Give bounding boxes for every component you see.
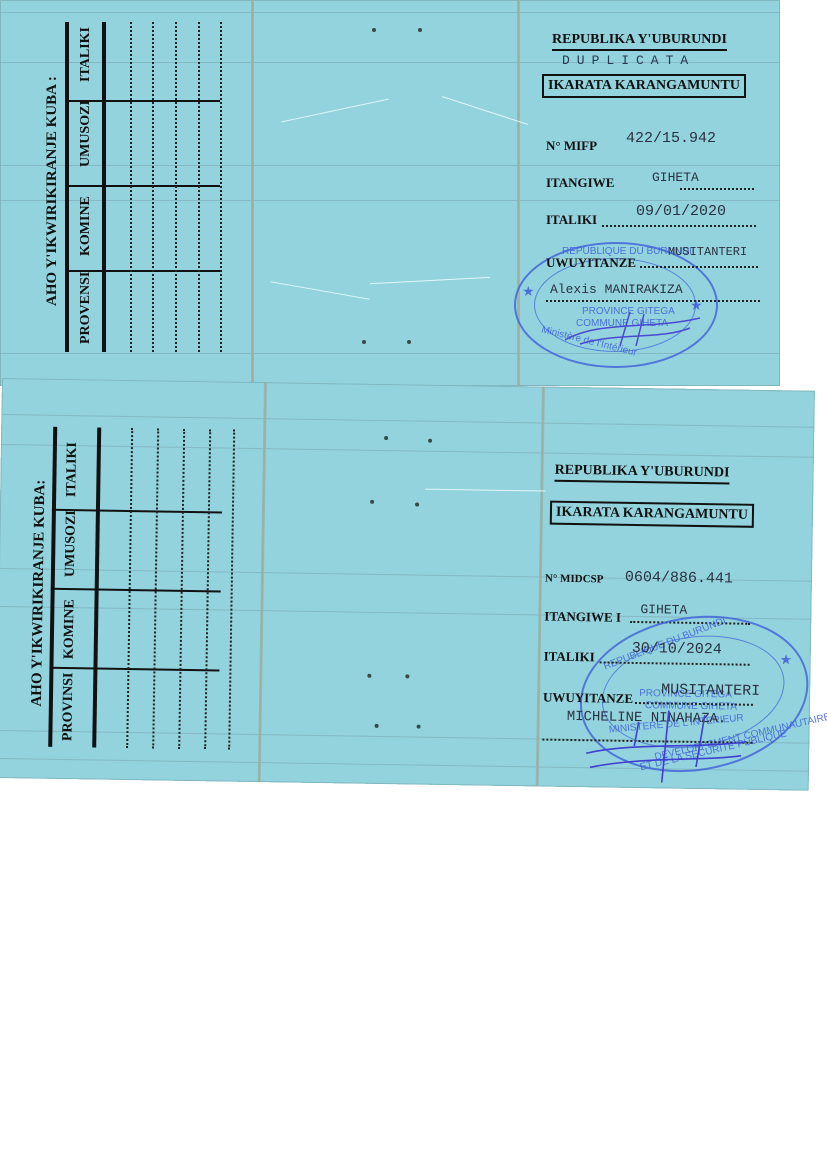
staple-hole bbox=[415, 503, 419, 507]
register-divider bbox=[65, 185, 220, 187]
crease bbox=[442, 96, 528, 125]
fill-line bbox=[640, 266, 758, 268]
register-col-date: ITALIKI bbox=[78, 27, 94, 82]
fill-line bbox=[546, 300, 760, 302]
identity-card-duplicate: AHO Y'IKWIRIKIRANJE KUBA : PROVENSI KOMI… bbox=[0, 0, 780, 386]
staple-hole bbox=[417, 725, 421, 729]
number-value: 0604/886.441 bbox=[625, 569, 733, 588]
staple-hole bbox=[428, 439, 432, 443]
identity-panel: REPUBLIKA Y'UBURUNDI IKARATA KARANGAMUNT… bbox=[538, 387, 814, 791]
residence-register: AHO Y'IKWIRIKIRANJE KUBA: PROVINSI KOMIN… bbox=[21, 746, 236, 1079]
crease bbox=[370, 277, 490, 284]
republic-heading: REPUBLIKA Y'UBURUNDI bbox=[554, 463, 729, 485]
identity-card: AHO Y'IKWIRIKIRANJE KUBA: PROVINSI KOMIN… bbox=[0, 378, 815, 791]
number-label: N° MIDCSP bbox=[545, 573, 604, 586]
staple-hole bbox=[367, 674, 371, 678]
issued-value: GIHETA bbox=[652, 170, 699, 185]
register-col-province: PROVENSI bbox=[78, 272, 94, 344]
register-entry-line bbox=[220, 22, 222, 352]
issued-label: ITANGIWE I bbox=[544, 609, 621, 626]
signature bbox=[576, 703, 757, 786]
issued-value: GIHETA bbox=[640, 602, 687, 618]
register-col-province: PROVINSI bbox=[60, 673, 77, 742]
staple-hole bbox=[384, 436, 388, 440]
register-divider bbox=[65, 100, 220, 102]
register-entry-line bbox=[175, 22, 177, 352]
star-icon: ★ bbox=[780, 652, 793, 669]
register-title: AHO Y'IKWIRIKIRANJE KUBA: bbox=[29, 480, 50, 707]
register-rule bbox=[65, 22, 69, 352]
register-divider bbox=[51, 588, 221, 593]
crease bbox=[271, 281, 370, 299]
staple-hole bbox=[405, 674, 409, 678]
register-col-commune: KOMINE bbox=[62, 599, 79, 659]
duplicate-stamp: DUPLICATA bbox=[562, 53, 695, 68]
issued-label: ITANGIWE bbox=[546, 175, 614, 191]
signatory-name: Alexis MANIRAKIZA bbox=[550, 282, 683, 297]
signatory-title: MUSITANTERI bbox=[668, 245, 747, 259]
card-title: IKARATA KARANGAMUNTU bbox=[542, 74, 746, 98]
signatory-label: UWUYITANZE bbox=[546, 255, 636, 271]
register-title: AHO Y'IKWIRIKIRANJE KUBA : bbox=[44, 76, 61, 306]
signature bbox=[560, 310, 710, 350]
register-col-commune: KOMINE bbox=[78, 196, 94, 256]
register-entry-line bbox=[228, 430, 235, 750]
register-col-hill: UMUSOZI bbox=[63, 510, 80, 577]
number-label: N° MIFP bbox=[546, 138, 597, 154]
staple-hole bbox=[362, 340, 366, 344]
register-entry-line bbox=[152, 22, 154, 352]
crease bbox=[425, 489, 545, 492]
number-value: 422/15.942 bbox=[626, 130, 716, 147]
date-label: ITALIKI bbox=[546, 212, 597, 228]
card-fold bbox=[258, 382, 267, 782]
date-label: ITALIKI bbox=[544, 649, 595, 666]
register-rule bbox=[102, 22, 106, 352]
fill-line bbox=[602, 225, 756, 227]
staple-hole bbox=[418, 28, 422, 32]
republic-heading: REPUBLIKA Y'UBURUNDI bbox=[552, 32, 727, 51]
star-icon: ★ bbox=[522, 284, 535, 301]
register-col-hill: UMUSOZI bbox=[78, 100, 94, 167]
card-title: IKARATA KARANGAMUNTU bbox=[550, 501, 754, 528]
date-value: 09/01/2020 bbox=[636, 203, 726, 220]
register-divider bbox=[49, 667, 219, 672]
identity-panel: REPUBLIKA Y'UBURUNDI DUPLICATA IKARATA K… bbox=[520, 0, 780, 386]
staple-hole bbox=[375, 724, 379, 728]
register-rule bbox=[48, 427, 57, 747]
staple-hole bbox=[372, 28, 376, 32]
register-entry-line bbox=[198, 22, 200, 352]
staple-hole bbox=[370, 500, 374, 504]
crease bbox=[281, 99, 389, 123]
signatory-title: MUSITANTERI bbox=[661, 681, 760, 700]
date-value: 30/10/2024 bbox=[632, 640, 722, 658]
fill-line bbox=[680, 188, 754, 190]
staple-hole bbox=[407, 340, 411, 344]
register-entry-line bbox=[130, 22, 132, 352]
card-fold bbox=[251, 0, 254, 386]
register-divider bbox=[65, 270, 220, 272]
register-col-date: ITALIKI bbox=[64, 442, 81, 497]
